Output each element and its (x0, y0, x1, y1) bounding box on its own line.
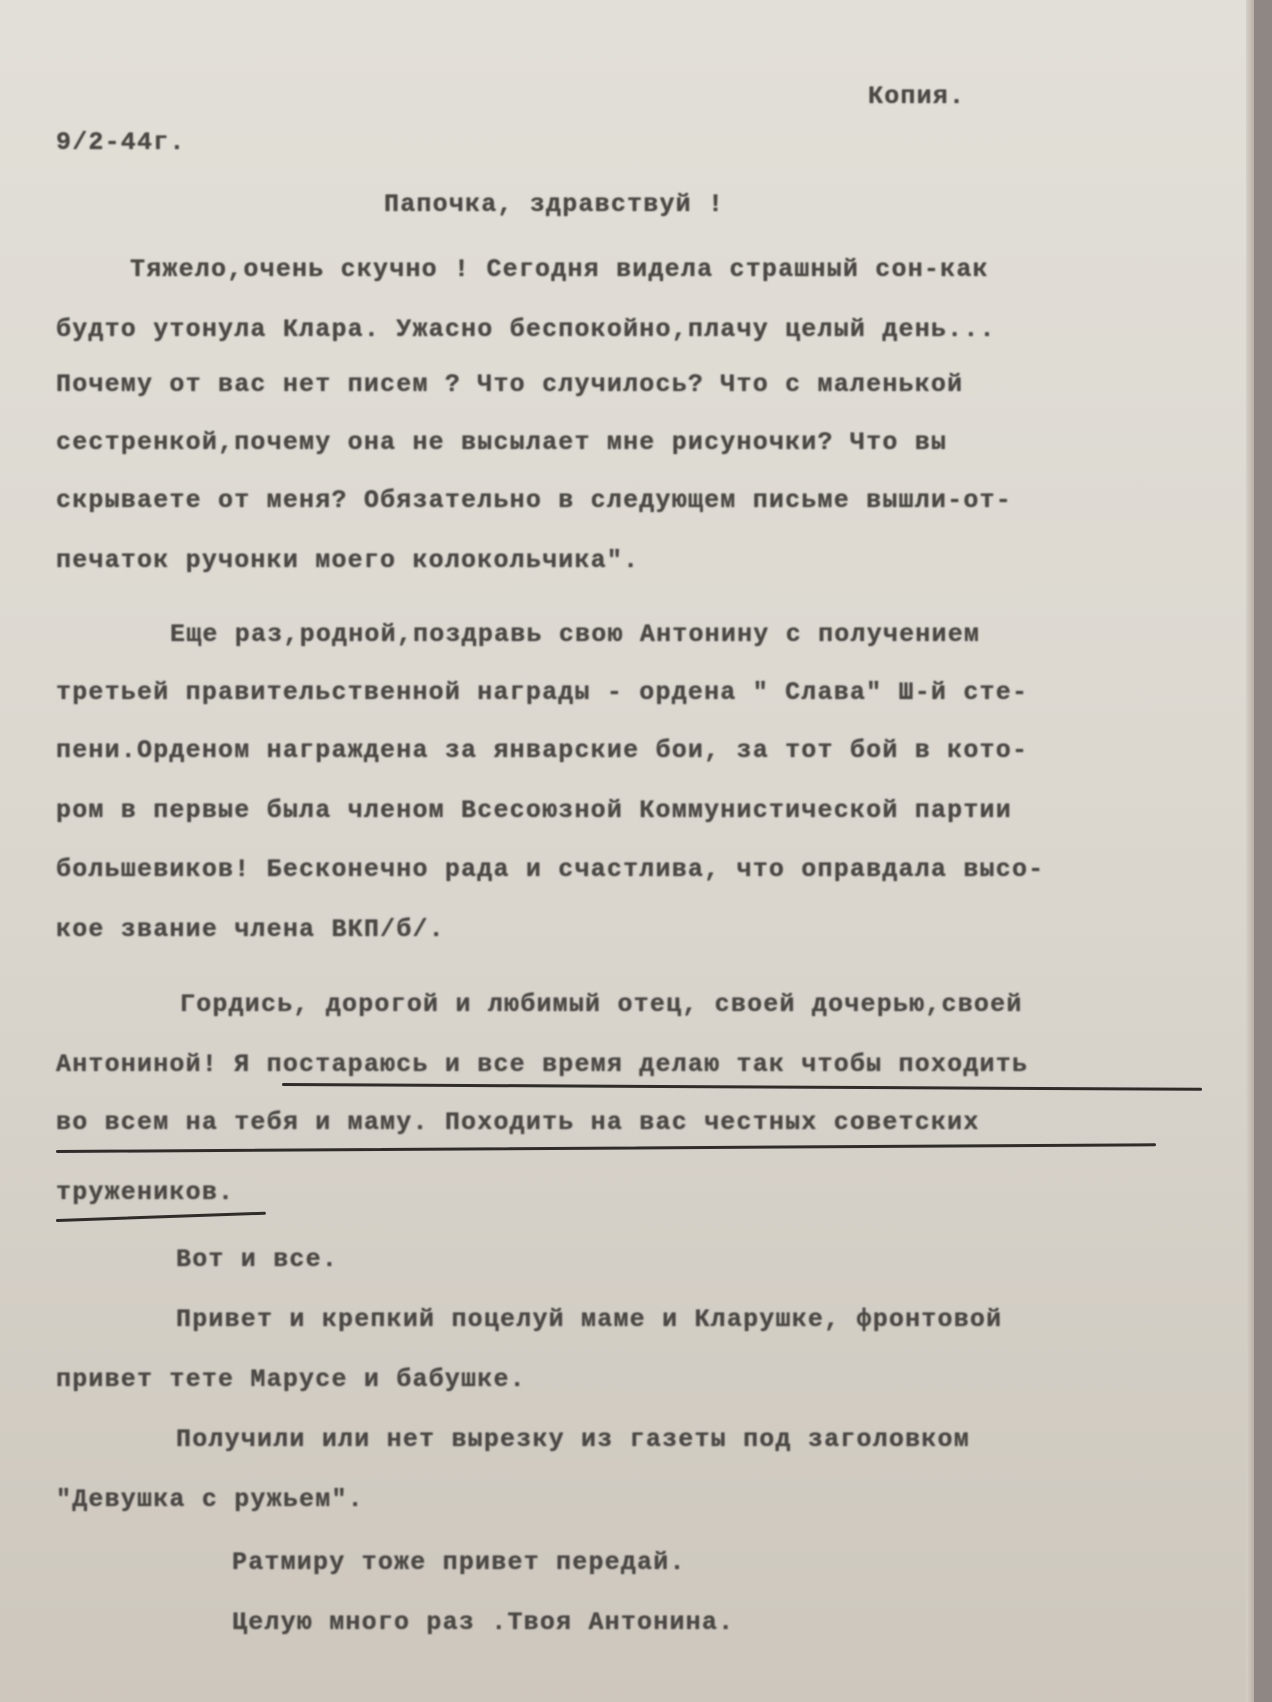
letter-date: 9/2-44г. (56, 128, 186, 157)
letter-signature: Целую много раз .Твоя Антонина. (232, 1608, 734, 1637)
text-line: печаток ручонки моего колокольчика". (56, 546, 639, 575)
text-line: Вот и все. (176, 1245, 338, 1274)
text-line: Тяжело,очень скучно ! Сегодня видела стр… (130, 255, 989, 284)
text-line: скрываете от меня? Обязательно в следующ… (56, 486, 1012, 515)
text-line: третьей правительственной награды - орде… (56, 678, 1028, 707)
text-line: Еще раз,родной,поздравь свою Антонину с … (170, 620, 980, 649)
text-line: ром в первые была членом Всесоюзной Комм… (56, 796, 1012, 825)
text-line: будто утонула Клара. Ужасно беспокойно,п… (56, 315, 996, 344)
paper-edge (1246, 0, 1254, 1702)
text-line: привет тете Марусе и бабушке. (56, 1365, 526, 1394)
text-line: Гордись, дорогой и любимый отец, своей д… (180, 990, 1023, 1019)
text-line: большевиков! Бесконечно рада и счастлива… (56, 855, 1044, 884)
text-line: Ратмиру тоже привет передай. (232, 1548, 686, 1577)
text-line: Привет и крепкий поцелуй маме и Кларушке… (176, 1305, 1002, 1334)
handwritten-underline (56, 1212, 266, 1222)
text-line: сестренкой,почему она не высылает мне ри… (56, 428, 947, 457)
typewritten-letter-page: Копия. 9/2-44г. Папочка, здравствуй ! Тя… (0, 0, 1253, 1702)
text-line: Антониной! Я постараюсь и все время дела… (56, 1050, 1028, 1079)
text-line: "Девушка с ружьем". (56, 1485, 364, 1514)
handwritten-underline (282, 1083, 1202, 1091)
text-line: тружеников. (56, 1178, 234, 1207)
handwritten-underline (56, 1143, 1156, 1153)
text-line: во всем на тебя и маму. Походить на вас … (56, 1108, 980, 1137)
text-line: кое звание члена ВКП/б/. (56, 915, 445, 944)
letter-greeting: Папочка, здравствуй ! (384, 190, 724, 219)
text-line: Получили или нет вырезку из газеты под з… (176, 1425, 970, 1454)
text-line: Почему от вас нет писем ? Что случилось?… (56, 370, 963, 399)
text-line: пени.Орденом награждена за январские бои… (56, 736, 1028, 765)
copy-mark: Копия. (868, 82, 965, 111)
